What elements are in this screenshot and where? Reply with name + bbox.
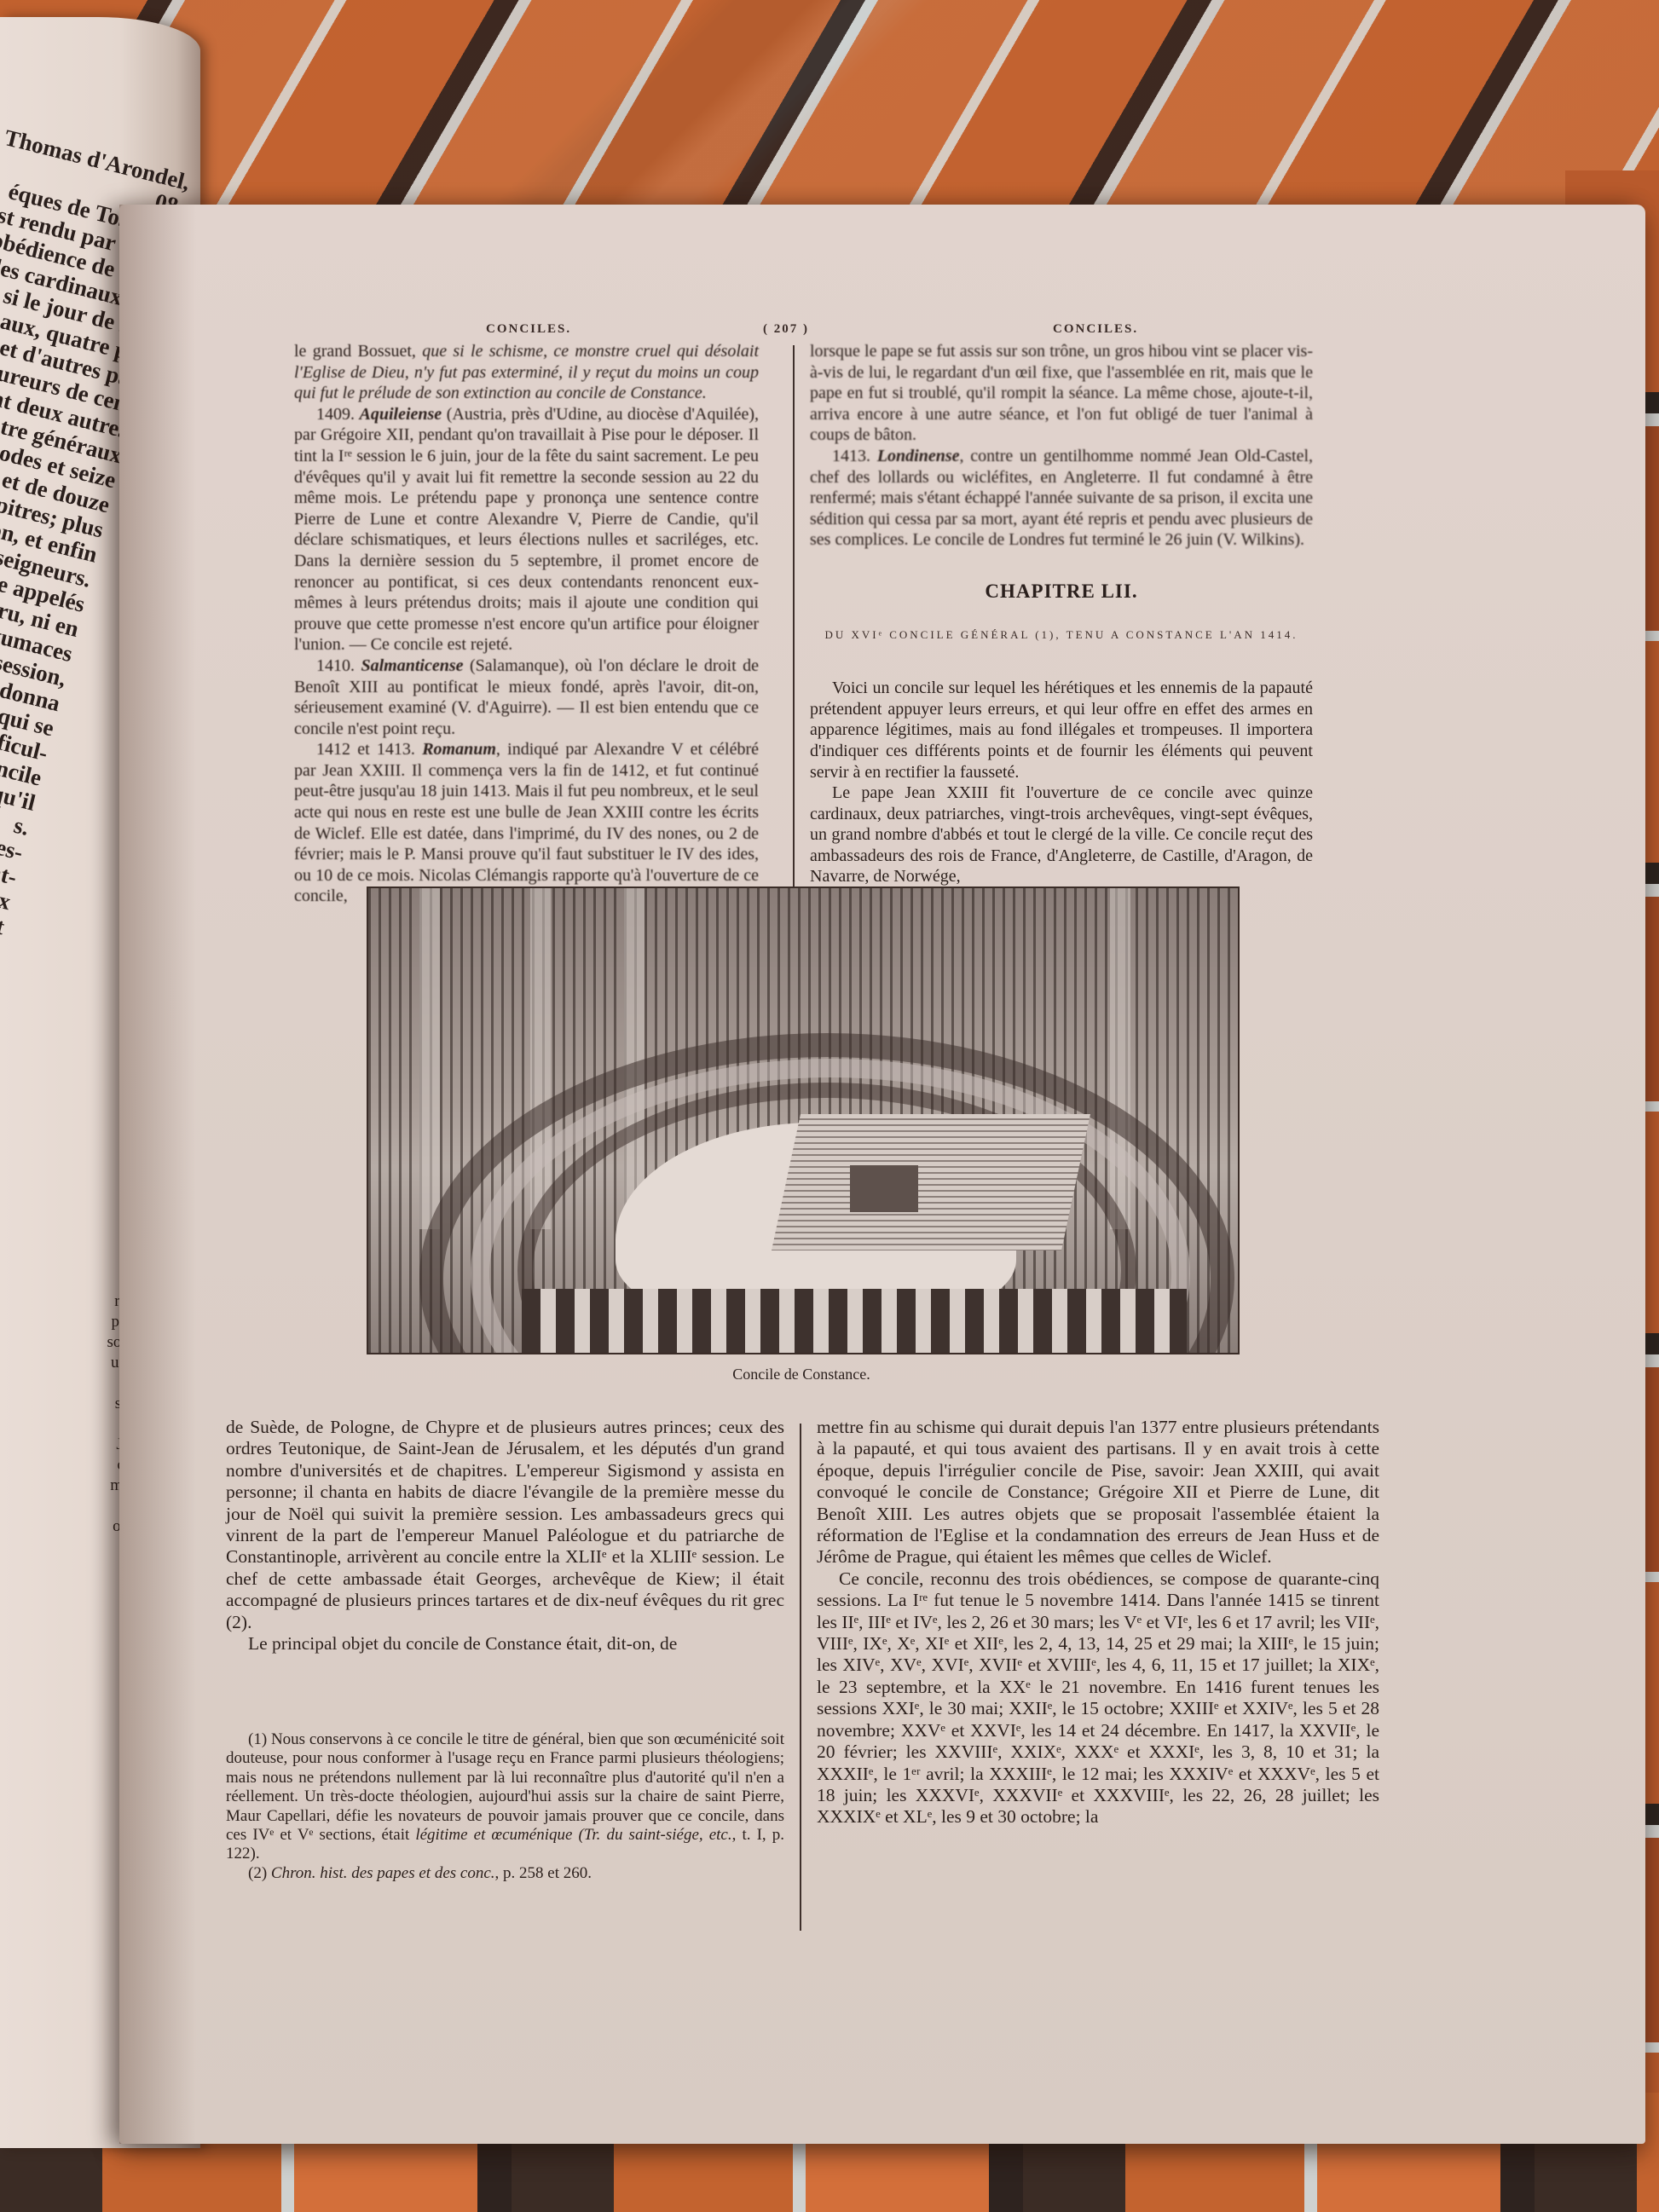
entry-text: , indiqué par Alexandre V et célébré par… [294,740,759,905]
council-name: Londinense [877,447,960,465]
footnote-italic: légitime et œcuménique (Tr. du saint-sié… [415,1826,731,1844]
running-head-left: CONCILES. [486,322,571,337]
illustration-caption: Concile de Constance. [367,1366,1236,1383]
chapter-subtitle: DU XVIᵉ CONCILE GÉNÉRAL (1), TENU A CONS… [810,625,1313,646]
council-name: Aquileiense [360,405,442,424]
text-blurred-block: lorsque le pape se fut assis sur son trô… [810,341,1313,551]
council-name: Salmanticense [361,656,464,675]
entry-1409: 1409. Aquileiense (Austria, près d'Udine… [294,404,759,656]
column-rule-bottom [800,1424,801,1931]
footnote-italic: Chron. hist. des papes et des conc. [271,1864,495,1882]
tile-background-top [0,0,1659,222]
running-head-right: CONCILES. [1053,322,1138,337]
chapter-title: CHAPITRE LII. [810,581,1313,603]
engraving-column [419,888,440,1229]
council-name: Romanum [422,740,496,759]
book-page: CONCILES. ( 207 ) CONCILES. le grand Bos… [119,205,1645,2144]
footnotes: (1) Nous conservons à ce concile le titr… [226,1730,784,1883]
page-number: ( 207 ) [763,322,809,337]
paragraph-bossuet: le grand Bossuet, que si le schisme, ce … [294,341,759,404]
engraving-front-row [522,1289,1187,1353]
entry-1413-london: 1413. Londinense, contre un gentilhomme … [810,446,1313,551]
entry-year: 1410. [316,656,355,675]
paragraph-principal-object: Le principal objet du concile de Constan… [226,1633,784,1655]
text-column-bottom-left: de Suède, de Pologne, de Chypre et de pl… [226,1417,784,1655]
engraving-table [850,1165,918,1212]
entry-1410: 1410. Salmanticense (Salamanque), où l'o… [294,656,759,739]
engraving-steps [772,1114,1090,1250]
entry-year: 1413. [832,447,870,465]
engraving-council-of-constance [367,887,1240,1354]
footnote-2: (2) Chron. hist. des papes et des conc.,… [226,1864,784,1883]
entry-1412-1413: 1412 et 1413. Romanum, indiqué par Alexa… [294,739,759,907]
entry-year: 1409. [316,405,355,424]
entry-text: (Austria, près d'Udine, au diocèse d'Aqu… [294,405,759,655]
paragraph-schism: mettre fin au schisme qui durait depuis … [817,1417,1379,1568]
text-column-top-left: le grand Bossuet, que si le schisme, ce … [294,341,759,907]
paragraph-opening: Le pape Jean XXIII fit l'ouverture de ce… [810,783,1313,887]
paragraph-owl: lorsque le pape se fut assis sur son trô… [810,341,1313,446]
paragraph-delegates: de Suède, de Pologne, de Chypre et de pl… [226,1417,784,1633]
text-column-bottom-right: mettre fin au schisme qui durait depuis … [817,1417,1379,1828]
text-column-top-right: lorsque le pape se fut assis sur son trô… [810,341,1313,887]
footnote-marker: (2) [248,1864,271,1882]
footnote-tail: , p. 258 et 260. [495,1864,592,1882]
footnote-1: (1) Nous conservons à ce concile le titr… [226,1730,784,1864]
entry-year: 1412 et 1413. [316,740,415,759]
paragraph-intro: Voici un concile sur lequel les hérétiqu… [810,678,1313,783]
paragraph-sessions: Ce concile, reconnu des trois obédiences… [817,1568,1379,1828]
text: le grand Bossuet, [294,342,422,361]
